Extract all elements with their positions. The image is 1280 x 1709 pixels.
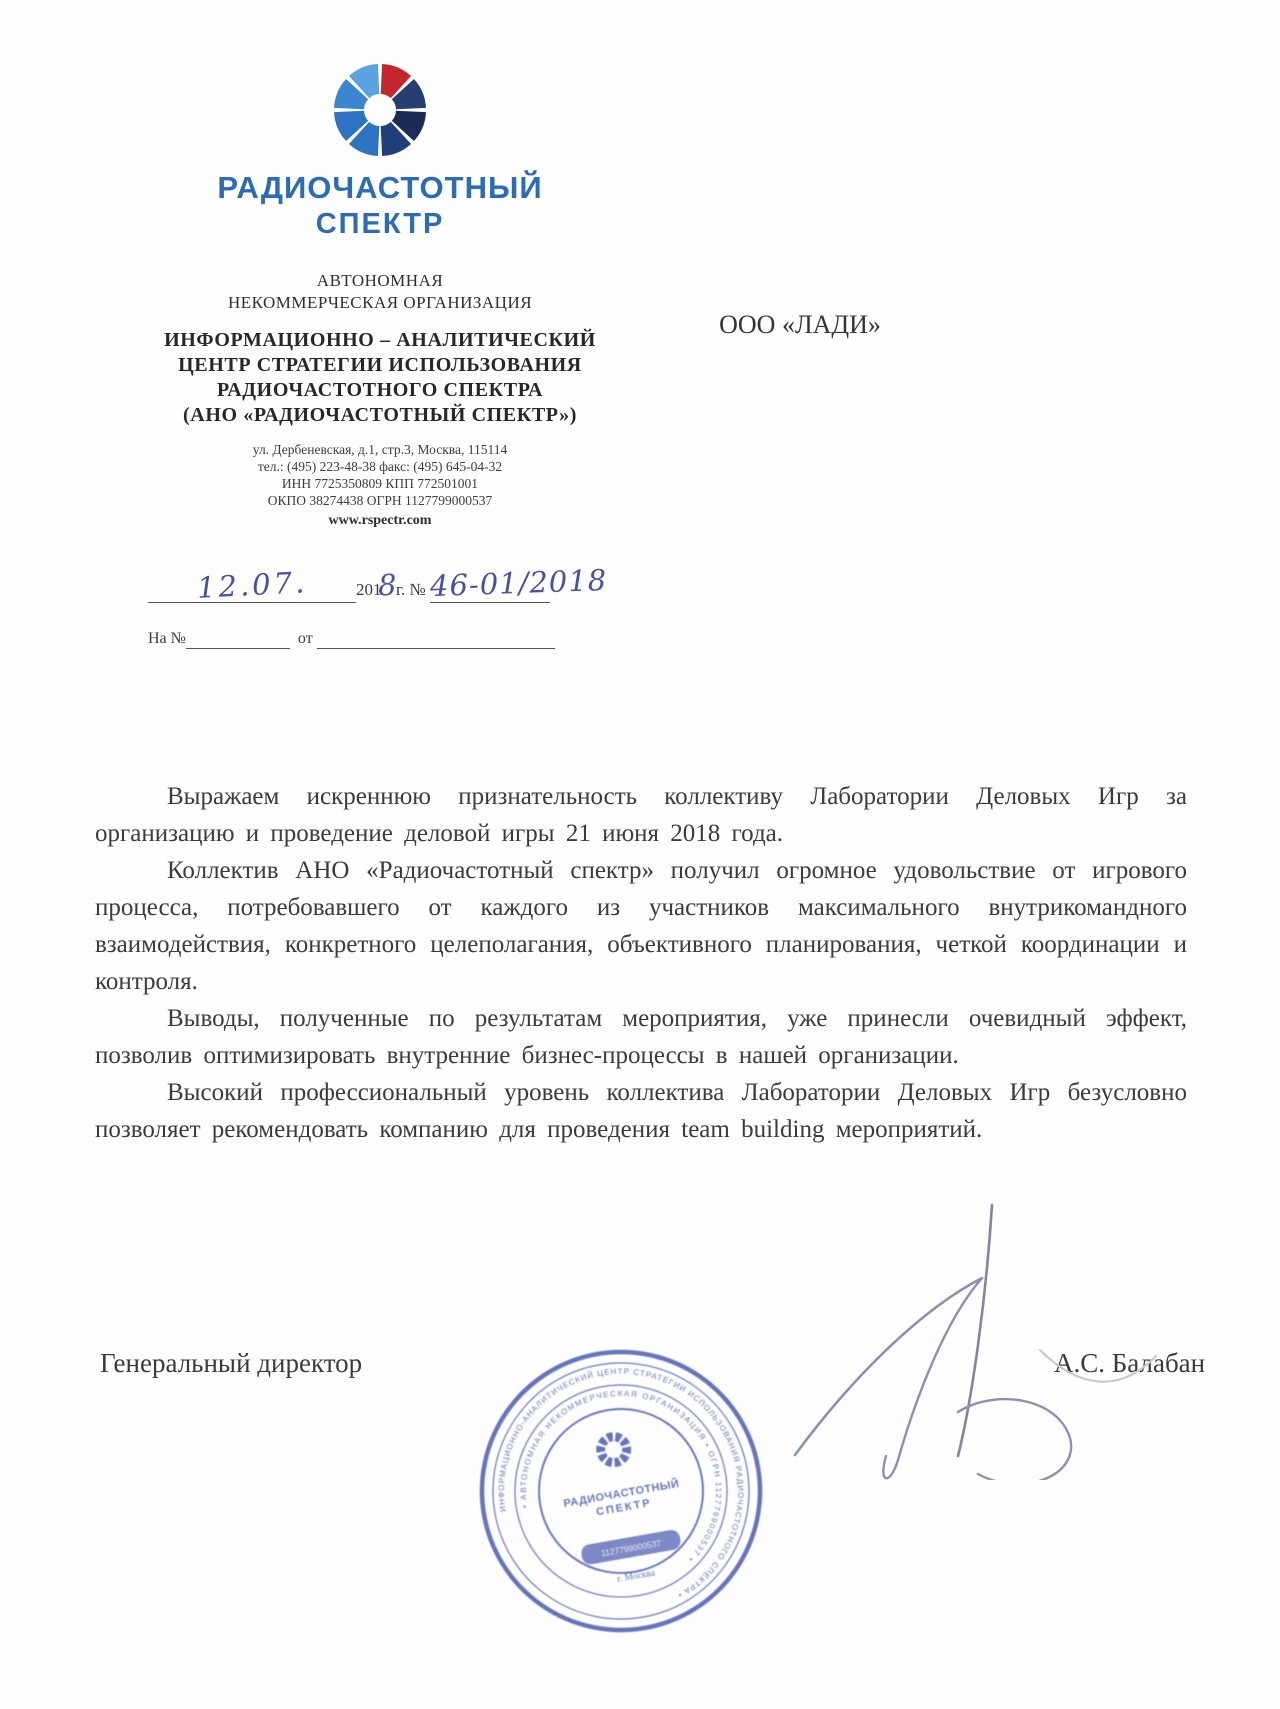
incoming-reference-line: На № от [148, 630, 708, 649]
org-type: АВТОНОМНАЯ НЕКОММЕРЧЕСКАЯ ОРГАНИЗАЦИЯ [228, 270, 532, 314]
recipient: ООО «ЛАДИ» [650, 310, 950, 340]
org-name-line3: РАДИОЧАСТОТНОГО СПЕКТРА [164, 378, 596, 403]
stamp-city: г. Москва [616, 1568, 656, 1585]
letter-body: Выражаем искреннюю признательность колле… [95, 778, 1187, 1148]
address-block: ул. Дербеневская, д.1, стр.3, Москва, 11… [253, 441, 507, 509]
handwritten-date: 12.07. [196, 565, 308, 605]
na-no-underline [186, 630, 290, 649]
number-sign-label: г. № [396, 580, 426, 599]
website: www.rspectr.com [329, 513, 432, 529]
radio-spectrum-wheel-logo-icon [332, 62, 428, 158]
date-underline: 12.07. [148, 568, 356, 603]
address-okpo-ogrn: ОКПО 38274438 ОГРН 1127799000537 [253, 492, 507, 509]
org-name-line4: (АНО «РАДИОЧАСТОТНЫЙ СПЕКТР») [164, 403, 596, 428]
org-name-line1: ИНФОРМАЦИОННО – АНАЛИТИЧЕСКИЙ [164, 328, 596, 353]
ot-underline [317, 630, 555, 649]
handwritten-year-digit: 8 [377, 568, 397, 603]
scanned-letter-page: РАДИОЧАСТОТНЫЙ СПЕКТР АВТОНОМНАЯ НЕКОММЕ… [0, 0, 1280, 1709]
paragraph-4: Высокий профессиональный уровень коллект… [95, 1074, 1187, 1148]
brand-name-line2: СПЕКТР [316, 209, 445, 241]
letterhead: РАДИОЧАСТОТНЫЙ СПЕКТР АВТОНОМНАЯ НЕКОММЕ… [140, 62, 620, 529]
org-type-line2: НЕКОММЕРЧЕСКАЯ ОРГАНИЗАЦИЯ [228, 292, 532, 314]
ot-label: от [298, 630, 313, 647]
address-inn-kpp: ИНН 7725350809 КПП 772501001 [253, 475, 507, 492]
handwritten-number: 46-01/2018 [429, 563, 607, 603]
paragraph-3: Выводы, полученные по результатам меропр… [95, 1000, 1187, 1074]
address-street: ул. Дербеневская, д.1, стр.3, Москва, 11… [253, 441, 507, 458]
org-type-line1: АВТОНОМНАЯ [228, 270, 532, 292]
org-name-line2: ЦЕНТР СТРАТЕГИИ ИСПОЛЬЗОВАНИЯ [164, 353, 596, 378]
organization-round-stamp: ИНФОРМАЦИОННО-АНАЛИТИЧЕСКИЙ ЦЕНТР СТРАТЕ… [453, 1323, 789, 1659]
reference-line: 12.07.2018г. № 46-01/2018 [148, 568, 648, 614]
brand-name-line1: РАДИОЧАСТОТНЫЙ [217, 172, 542, 205]
paragraph-1: Выражаем искреннюю признательность колле… [95, 778, 1187, 852]
na-no-label: На № [148, 630, 186, 647]
address-phone: тел.: (495) 223-48-38 факс: (495) 645-04… [253, 458, 507, 475]
paragraph-2: Коллектив АНО «Радиочастотный спектр» по… [95, 852, 1187, 1000]
org-name: ИНФОРМАЦИОННО – АНАЛИТИЧЕСКИЙ ЦЕНТР СТРА… [164, 328, 596, 428]
number-underline: 46-01/2018 [430, 568, 550, 603]
signoff-position: Генеральный директор [100, 1348, 362, 1379]
signature-scribble [740, 1160, 1160, 1480]
